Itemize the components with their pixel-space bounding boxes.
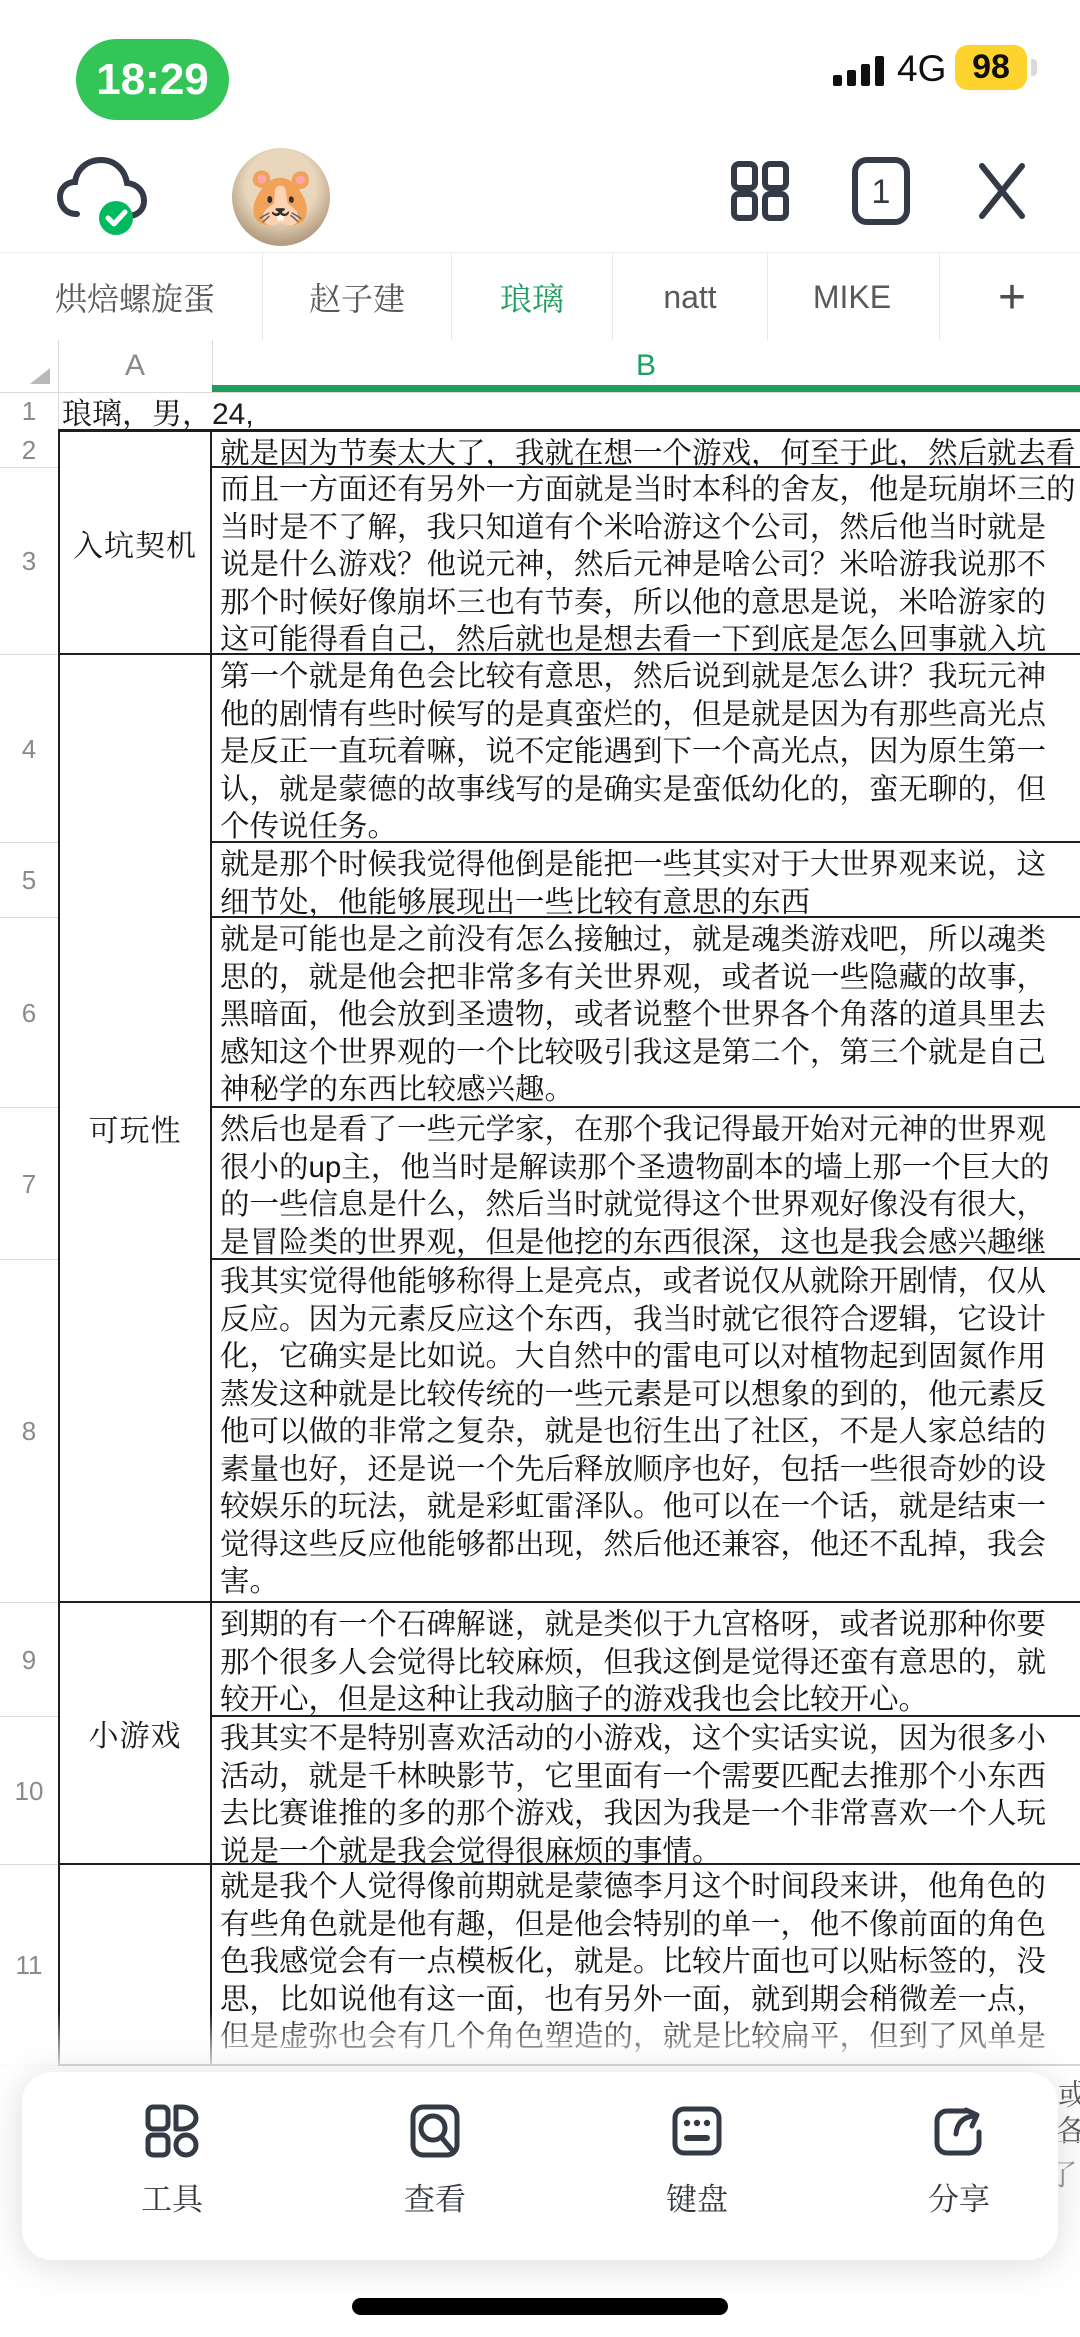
battery-percent: 98	[972, 48, 1010, 87]
app-grid-icon[interactable]	[728, 158, 792, 244]
cell-b6-line-1: 就是可能也是之前没有怎么接触过，就是魂类游戏吧，所以魂类	[220, 921, 1080, 958]
column-header-a[interactable]: A	[58, 340, 212, 392]
cell-b8-line-2: 反应。因为元素反应这个东西，我当时就它很符合逻辑，它设计	[220, 1301, 1080, 1338]
cell-b8[interactable]: 我其实觉得他能够称得上是亮点，或者说仅从就除开剧情，仅从反应。因为元素反应这个东…	[212, 1260, 1080, 1603]
cell-b4-line-2: 他的剧情有些时候写的是真蛮烂的，但是就是因为有那些高光点	[220, 696, 1080, 733]
sheet-tab-1[interactable]: 烘焙螺旋蛋	[55, 253, 215, 341]
cell-b4-line-1: 第一个就是角色会比较有意思，然后说到就是怎么讲？我玩元神	[220, 658, 1080, 695]
keyboard-icon	[668, 2102, 726, 2160]
cell-b6-line-5: 神秘学的东西比较感兴趣。	[220, 1071, 1080, 1108]
sheet-tab-2[interactable]: 赵子建	[309, 253, 405, 341]
cell-b8-line-7: 较娱乐的玩法，就是彩虹雷泽队。他可以在一个话，就是结束一	[220, 1488, 1080, 1525]
row-header-3[interactable]: 3	[0, 468, 58, 655]
cell-b3-line-1: 而且一方面还有另外一方面就是当时本科的舍友，他是玩崩坏三的	[220, 471, 1080, 508]
tools-grid-icon	[143, 2102, 201, 2160]
content-fade	[0, 2012, 1080, 2074]
cell-b3-line-4: 那个时候好像崩坏三也有节奏，所以他的意思是说，米哈游家的	[220, 584, 1080, 621]
cell-b5[interactable]: 就是那个时候我觉得他倒是能把一些其实对于大世界观来说，这细节处，他能够展现出一些…	[212, 843, 1080, 918]
cell-b8-line-3: 化，它确实是比如说。大自然中的雷电可以对植物起到固氮作用	[220, 1338, 1080, 1375]
cell-b4-line-3: 是反正一直玩着嘛，说不定能遇到下一个高光点，因为原生第一	[220, 733, 1080, 770]
cell-b4[interactable]: 第一个就是角色会比较有意思，然后说到就是怎么讲？我玩元神他的剧情有些时候写的是真…	[212, 655, 1080, 843]
cell-b7-line-4: 是冒险类的世界观，但是他挖的东西很深，这也是我会感兴趣继	[220, 1224, 1080, 1261]
cell-a1[interactable]: 琅璃，男，24,	[62, 392, 254, 430]
status-time: 18:29	[96, 55, 209, 105]
cell-b4-line-5: 个传说任务。	[220, 808, 1080, 843]
cell-b10-line-1: 我其实不是特别喜欢活动的小游戏，这个实话实说，因为很多小	[220, 1720, 1080, 1757]
bottom-item-tools-grid[interactable]: 工具	[87, 2072, 257, 2260]
row-header-4[interactable]: 4	[0, 655, 58, 843]
bottom-item-share[interactable]: 分享	[874, 2072, 1044, 2260]
tab-divider	[767, 253, 768, 341]
row-header-5[interactable]: 5	[0, 843, 58, 918]
cell-b9[interactable]: 到期的有一个石碑解谜，就是类似于九宫格呀，或者说那种你要那个很多人会觉得比较麻烦…	[212, 1603, 1080, 1717]
cell-b10-line-2: 活动，就是千林映影节，它里面有一个需要匹配去推那个小东西	[220, 1758, 1080, 1795]
row-header-1[interactable]: 1	[0, 392, 58, 430]
cell-b7-line-1: 然后也是看了一些元学家，在那个我记得最开始对元神的世界观	[220, 1111, 1080, 1148]
cell-b2-line-1: 就是因为节奏太大了，我就在想一个游戏，何至于此，然后就去看	[220, 435, 1080, 468]
doc-count-icon[interactable]: 1	[850, 156, 914, 242]
cell-b6-line-4: 感知这个世界观的一个比较吸引我这是第二个，第三个就是自己	[220, 1034, 1080, 1071]
row-header-8[interactable]: 8	[0, 1260, 58, 1603]
cell-b8-line-5: 他可以做的非常之复杂，就是也衍生出了社区，不是人家总结的	[220, 1413, 1080, 1450]
cell-b8-line-9: 害。	[220, 1563, 1080, 1600]
cell-b11-line-2: 有些角色就是他有趣，但是他会特别的单一，他不像前面的角色	[220, 1906, 1080, 1943]
cell-a-group-3[interactable]: 小游戏	[58, 1603, 212, 1865]
home-indicator[interactable]	[352, 2298, 728, 2315]
signal-strength-icon	[833, 56, 889, 86]
sheet-tab-3[interactable]: 琅璃	[500, 253, 564, 341]
cell-b8-line-8: 觉得这些反应他能够都出现，然后他还兼容，他还不乱掉，我会	[220, 1526, 1080, 1563]
bottom-item-keyboard[interactable]: 键盘	[612, 2072, 782, 2260]
tab-divider	[451, 253, 452, 341]
status-time-pill[interactable]: 18:29	[76, 39, 229, 120]
cell-b10-line-3: 去比赛谁推的多的那个游戏，我因为我是一个非常喜欢一个人玩	[220, 1795, 1080, 1832]
view-search-icon	[406, 2102, 464, 2160]
row-header-10[interactable]: 10	[0, 1717, 58, 1865]
cell-b3-line-2: 当时是不了解，我只知道有个米哈游这个公司，然后他当时就是	[220, 509, 1080, 546]
battery-indicator: 98	[955, 45, 1027, 90]
cell-b9-line-3: 较开心，但是这种让我动脑子的游戏我也会比较开心。	[220, 1681, 1080, 1717]
sheet-tab-5[interactable]: MIKE	[813, 253, 891, 341]
battery-cap	[1031, 59, 1037, 76]
wps-spreadsheet-screen: 18:29 4G 98 🐹 1	[0, 0, 1080, 2337]
tab-divider	[939, 253, 940, 341]
cell-b3[interactable]: 而且一方面还有另外一方面就是当时本科的舍友，他是玩崩坏三的当时是不了解，我只知道…	[212, 468, 1080, 655]
bottom-item-view-search[interactable]: 查看	[350, 2072, 520, 2260]
cell-b3-line-5: 这可能得看自己，然后就也是想去看一下到底是怎么回事就入坑	[220, 621, 1080, 655]
bottom-item-label: 键盘	[666, 2174, 728, 2219]
selected-column-indicator	[212, 385, 1080, 392]
cell-b9-line-2: 那个很多人会觉得比较麻烦，但我这倒是觉得还蛮有意思的，就	[220, 1644, 1080, 1681]
cell-b9-line-1: 到期的有一个石碑解谜，就是类似于九宫格呀，或者说那种你要	[220, 1606, 1080, 1643]
sheet-tab-bar: + 烘焙螺旋蛋赵子建琅璃nattMIKE	[0, 252, 1080, 343]
cell-b7-line-2: 很小的up主，他当时是解读那个圣遗物副本的墙上那一个巨大的	[220, 1149, 1080, 1186]
bottom-item-label: 分享	[928, 2174, 990, 2219]
cell-b7-line-3: 的一些信息是什么，然后当时就觉得这个世界观好像没有很大，	[220, 1186, 1080, 1223]
cell-b5-line-1: 就是那个时候我觉得他倒是能把一些其实对于大世界观来说，这	[220, 846, 1080, 883]
share-icon	[930, 2102, 988, 2160]
row-header-7[interactable]: 7	[0, 1108, 58, 1260]
tab-divider	[262, 253, 263, 341]
add-sheet-button[interactable]: +	[998, 253, 1026, 341]
cell-b8-line-1: 我其实觉得他能够称得上是亮点，或者说仅从就除开剧情，仅从	[220, 1263, 1080, 1300]
row-header-2[interactable]: 2	[0, 432, 58, 468]
cell-b8-line-6: 素量也好，还是说一个先后释放顺序也好，包括一些很奇妙的设	[220, 1451, 1080, 1488]
row-header-6[interactable]: 6	[0, 918, 58, 1108]
cell-b10-line-4: 说是一个就是我会觉得很麻烦的事情。	[220, 1833, 1080, 1866]
cell-a-group-1[interactable]: 入坑契机	[58, 432, 212, 655]
tab-divider	[612, 253, 613, 341]
sheet-tab-4[interactable]: natt	[663, 253, 716, 341]
clipped-cell-text: 各，	[1056, 2108, 1080, 2150]
bottom-item-label: 查看	[404, 2174, 466, 2219]
row-header-9[interactable]: 9	[0, 1603, 58, 1717]
bottom-item-label: 工具	[141, 2174, 203, 2219]
cell-b11-line-3: 色我感觉会有一点模板化，就是。比较片面也可以贴标签的，没	[220, 1943, 1080, 1980]
svg-text:1: 1	[872, 173, 891, 211]
cell-b11-line-1: 就是我个人觉得像前期就是蒙德李月这个时间段来讲，他角色的	[220, 1868, 1080, 1905]
select-all-corner[interactable]	[30, 368, 50, 384]
close-icon[interactable]	[972, 160, 1036, 246]
cell-b2[interactable]: 就是因为节奏太大了，我就在想一个游戏，何至于此，然后就去看	[212, 432, 1080, 468]
cell-b7[interactable]: 然后也是看了一些元学家，在那个我记得最开始对元神的世界观很小的up主，他当时是解…	[212, 1108, 1080, 1260]
cell-b3-line-3: 说是什么游戏？他说元神，然后元神是啥公司？米哈游我说那不	[220, 546, 1080, 583]
cell-b6[interactable]: 就是可能也是之前没有怎么接触过，就是魂类游戏吧，所以魂类思的，就是他会把非常多有…	[212, 918, 1080, 1108]
cell-b5-line-2: 细节处，他能够展现出一些比较有意思的东西	[220, 884, 1080, 919]
cloud-sync-icon[interactable]	[52, 152, 116, 238]
cell-b8-line-4: 蒸发这种就是比较传统的一些元素是可以想象的到的，他元素反	[220, 1376, 1080, 1413]
cell-b4-line-4: 认，就是蒙德的故事线写的是确实是蛮低幼化的，蛮无聊的，但	[220, 771, 1080, 808]
cell-a-group-2[interactable]: 可玩性	[58, 655, 212, 1603]
cell-b6-line-3: 黑暗面，他会放到圣遗物，或者说整个世界各个角落的道具里去	[220, 996, 1080, 1033]
bottom-toolbar-card: 工具 查看 键盘 分享	[22, 2072, 1058, 2260]
cell-b10[interactable]: 我其实不是特别喜欢活动的小游戏，这个实话实说，因为很多小活动，就是千林映影节，它…	[212, 1717, 1080, 1865]
network-type-label: 4G	[897, 48, 946, 90]
cell-b6-line-2: 思的，就是他会把非常多有关世界观，或者说一些隐藏的故事，	[220, 959, 1080, 996]
user-avatar[interactable]: 🐹	[232, 148, 330, 246]
